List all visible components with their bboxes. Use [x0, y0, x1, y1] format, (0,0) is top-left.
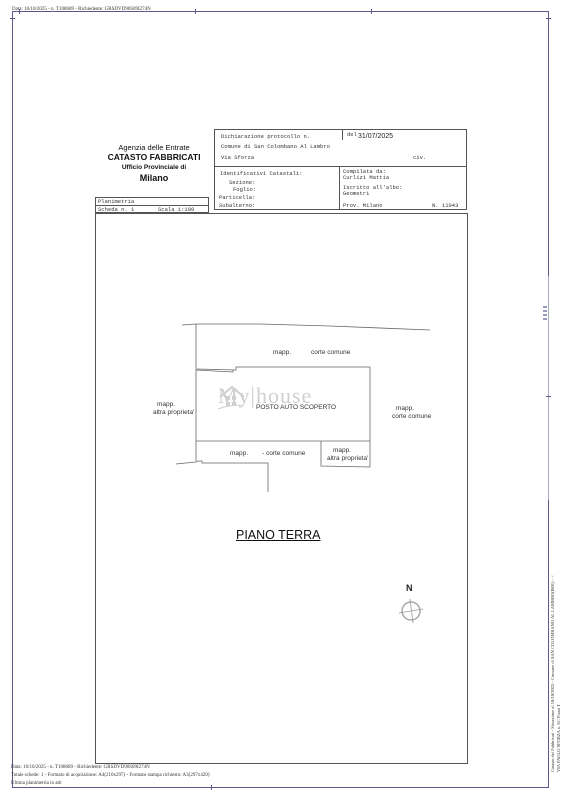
label-left-mapp: mapp.	[157, 401, 175, 408]
label-bottom-mapp: mapp.	[230, 450, 248, 457]
side-address-text: VIA PAOLO SFORZA n. SC Piano T	[556, 652, 561, 772]
house-watermark-icon	[216, 383, 246, 411]
footer-format-info: Totale schede: 1 - Formato di acquisizio…	[11, 773, 210, 778]
footer-request-info: Data: 10/10/2025 - n. T108689 - Richiede…	[11, 765, 150, 770]
floor-title: PIANO TERRA	[236, 528, 321, 542]
footer-last-plan: Ultima planimetria in atti	[11, 781, 62, 786]
label-bottom-right-mapp: mapp.	[333, 447, 351, 454]
label-bottom-right-altra: altra proprieta'	[327, 455, 368, 462]
label-right-mapp: mapp.	[396, 405, 414, 412]
side-situazione-text: Catasto dei Fabbricati - Situazione al 1…	[550, 482, 555, 772]
label-top-corte: corte comune	[311, 349, 350, 356]
label-left-altra: altra proprieta'	[153, 409, 194, 416]
north-label: N	[406, 583, 413, 593]
label-right-corte: corte comune	[392, 413, 431, 420]
label-top-mapp: mapp.	[273, 349, 291, 356]
label-bottom-corte: - corte comune	[262, 450, 305, 457]
north-compass-icon	[398, 598, 424, 624]
label-posto-auto: POSTO AUTO SCOPERTO	[256, 404, 336, 411]
